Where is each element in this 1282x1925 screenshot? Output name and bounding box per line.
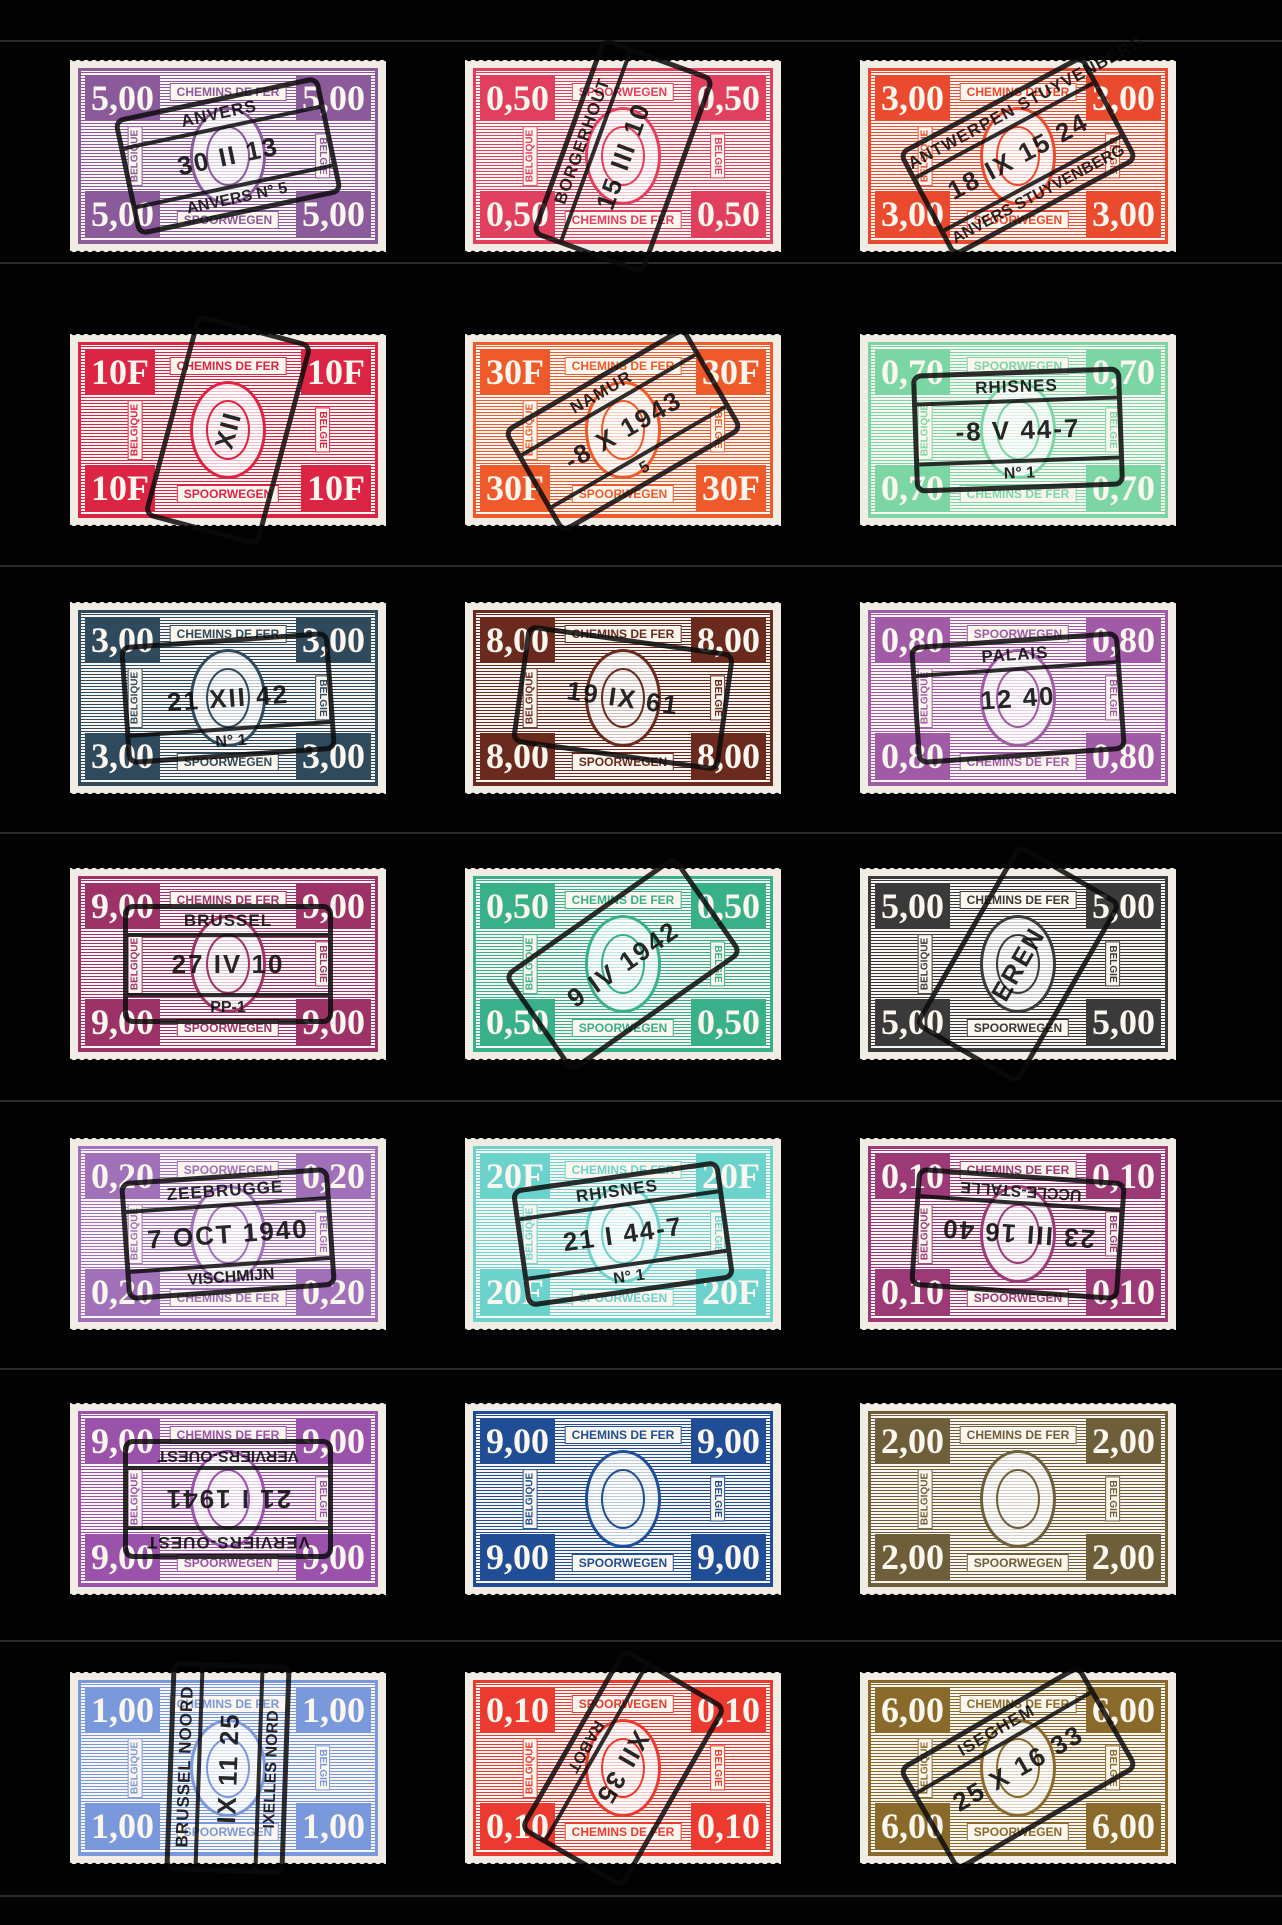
stamp-value: 1,00: [85, 1803, 160, 1849]
postmark-date: 12 40: [917, 676, 1119, 721]
stamp-value: 0,10: [480, 1687, 555, 1733]
postmark-footer: IXELLES NORD: [253, 1669, 284, 1870]
postmark-footer: N° 1: [919, 455, 1120, 486]
coat-of-arms-icon: [585, 1450, 661, 1548]
album-strip: [0, 565, 1282, 567]
stamp-left-label: BELGIQUE: [128, 400, 143, 460]
stamp: 8,00 8,00 8,00 8,00 CHEMINS DE FER SPOOR…: [465, 602, 781, 794]
stamp-value: 3,00: [1086, 191, 1161, 237]
stamp-value: 1,00: [296, 1803, 371, 1849]
stamp: 0,70 0,70 0,70 0,70 SPOORWEGEN CHEMINS D…: [860, 334, 1176, 526]
album-strip: [0, 1640, 1282, 1642]
stamp-left-label: BELGIQUE: [523, 126, 538, 186]
postmark-footer: UCCLE-STALLE: [920, 1174, 1121, 1212]
stamp-value: 0,50: [691, 191, 766, 237]
postmark-station: ZEEBRUGGE: [125, 1174, 326, 1214]
stamp-bottom-banner: SPOORWEGEN: [572, 1554, 674, 1572]
stamp-bottom-banner: SPOORWEGEN: [967, 1554, 1069, 1572]
stamp-right-label: BELGIE: [1105, 1476, 1120, 1521]
postmark-cancel: 21 XII 42 N° 1: [119, 631, 337, 765]
postmark-cancel: RHISNES -8 V 44-7 N° 1: [911, 366, 1125, 493]
stamp: 0,50 0,50 0,50 0,50 CHEMINS DE FER SPOOR…: [465, 868, 781, 1060]
stamp-value: 5,00: [1086, 999, 1161, 1045]
stamp-value: 9,00: [480, 1534, 555, 1580]
stamp: 10F 10F 10F 10F CHEMINS DE FER SPOORWEGE…: [70, 334, 386, 526]
postmark-cancel: BRUSSEL NOORD IX 11 25 IXELLES NORD: [164, 1661, 291, 1875]
stamp-design: 2,00 2,00 2,00 2,00 CHEMINS DE FER SPOOR…: [868, 1411, 1168, 1587]
stamp-value: 30F: [480, 349, 550, 395]
stamp-left-label: BELGIQUE: [523, 1469, 538, 1529]
stamp-value: 6,00: [875, 1687, 950, 1733]
stamp-value: 9,00: [480, 1418, 555, 1464]
stamp: 3,00 3,00 3,00 3,00 CHEMINS DE FER SPOOR…: [70, 602, 386, 794]
stamp: 0,50 0,50 0,50 0,50 SPOORWEGEN CHEMINS D…: [465, 60, 781, 252]
stamp-value: 1,00: [85, 1687, 160, 1733]
album-strip: [0, 1368, 1282, 1370]
postmark-cancel: PALAIS 12 40: [909, 631, 1127, 765]
stamp-right-label: BELGIE: [1105, 941, 1120, 986]
postmark-date: IX 11 25: [210, 1668, 248, 1869]
stamp-value: 0,50: [480, 883, 555, 929]
stamp-design: 9,00 9,00 9,00 9,00 CHEMINS DE FER SPOOR…: [473, 1411, 773, 1587]
postmark-footer: PP-1: [128, 993, 328, 1017]
postmark-cancel: VERVIERS-OUEST 21 I 1941 VERVIERS-OUEST: [123, 1439, 333, 1559]
album-strip: [0, 40, 1282, 42]
stamp-value: 2,00: [1086, 1418, 1161, 1464]
stamp-left-label: BELGIQUE: [918, 934, 933, 994]
postmark-date: 27 IV 10: [128, 949, 328, 980]
album-strip: [0, 1895, 1282, 1897]
postmark-cancel: ZEEBRUGGE 7 OCT 1940 VISCHMIJN: [119, 1167, 337, 1301]
stamp: 0,20 0,20 0,20 0,20 SPOORWEGEN CHEMINS D…: [70, 1138, 386, 1330]
stamp-value: 2,00: [875, 1418, 950, 1464]
postmark-station: VERVIERS-OUEST: [128, 1526, 328, 1552]
postmark-station: BRUSSEL: [128, 911, 328, 937]
stamp-value: 3,00: [875, 75, 950, 121]
postmark-footer: N° 1: [130, 720, 331, 758]
album-strip: [0, 832, 1282, 834]
stamp: 3,00 3,00 3,00 3,00 CHEMINS DE FER SPOOR…: [860, 60, 1176, 252]
stamp-value: 30F: [696, 465, 766, 511]
album-strip: [0, 1100, 1282, 1102]
stamp-value: 0,50: [480, 75, 555, 121]
postmark-station: BRUSSEL NOORD: [172, 1666, 205, 1867]
stamp-value: 0,50: [691, 999, 766, 1045]
stamp-value: 2,00: [1086, 1534, 1161, 1580]
stamp: 9,00 9,00 9,00 9,00 CHEMINS DE FER SPOOR…: [465, 1403, 781, 1595]
stamp: 20F 20F 20F 20F CHEMINS DE FER SPOORWEGE…: [465, 1138, 781, 1330]
stamp: 9,00 9,00 9,00 9,00 CHEMINS DE FER SPOOR…: [70, 1403, 386, 1595]
postmark-date: 21 I 1941: [128, 1483, 328, 1514]
stamp-value: 10F: [85, 349, 155, 395]
stamp-value: 10F: [301, 465, 371, 511]
stamp-value: 9,00: [691, 1418, 766, 1464]
stamp: 0,80 0,80 0,80 0,80 SPOORWEGEN CHEMINS D…: [860, 602, 1176, 794]
stamp: 6,00 6,00 6,00 6,00 CHEMINS DE FER SPOOR…: [860, 1672, 1176, 1864]
postmark-footer: VISCHMIJN: [130, 1256, 331, 1294]
postmark-cancel: BRUSSEL 27 IV 10 PP-1: [123, 904, 333, 1024]
postmark-date: 7 OCT 1940: [127, 1212, 329, 1257]
stamp-value: 2,00: [875, 1534, 950, 1580]
postmark-date: 21 XII 42: [127, 676, 329, 721]
stamp: 5,00 5,00 5,00 5,00 CHEMINS DE FER SPOOR…: [70, 60, 386, 252]
stamp: 5,00 5,00 5,00 5,00 CHEMINS DE FER SPOOR…: [860, 868, 1176, 1060]
stamp-value: 6,00: [1086, 1803, 1161, 1849]
stamp: 1,00 1,00 1,00 1,00 CHEMINS DE FER SPOOR…: [70, 1672, 386, 1864]
stamp-value: 10F: [85, 465, 155, 511]
postmark-station: PALAIS: [915, 638, 1116, 678]
stamp: 9,00 9,00 9,00 9,00 CHEMINS DE FER SPOOR…: [70, 868, 386, 1060]
postmark-station: RHISNES: [916, 374, 1117, 407]
stamp-right-label: BELGIE: [315, 1745, 330, 1790]
coat-of-arms-icon: [980, 1450, 1056, 1548]
stamp-top-banner: CHEMINS DE FER: [565, 1426, 682, 1444]
stamp-right-label: BELGIE: [710, 133, 725, 178]
postmark-cancel: 23 III 16 40 UCCLE-STALLE: [909, 1167, 1127, 1301]
stamp-left-label: BELGIQUE: [523, 1738, 538, 1798]
stamp-value: 1,00: [296, 1687, 371, 1733]
stamp-value: 0,10: [691, 1803, 766, 1849]
stamp: 30F 30F 30F 30F CHEMINS DE FER SPOORWEGE…: [465, 334, 781, 526]
stamp-top-banner: CHEMINS DE FER: [960, 1426, 1077, 1444]
postmark-date: 23 III 16 40: [917, 1211, 1119, 1256]
postmark-date: 19 IX 61: [522, 669, 724, 728]
stamp: 0,10 0,10 0,10 0,10 CHEMINS DE FER SPOOR…: [860, 1138, 1176, 1330]
stamp-left-label: BELGIQUE: [918, 1469, 933, 1529]
stamp-right-label: BELGIE: [710, 1745, 725, 1790]
stamp-right-label: BELGIE: [710, 1476, 725, 1521]
postmark-footer: VERVIERS-OUEST: [128, 1446, 328, 1470]
stamp-value: 10F: [301, 349, 371, 395]
stamp: 0,10 0,10 0,10 0,10 SPOORWEGEN CHEMINS D…: [465, 1672, 781, 1864]
stamp-right-label: BELGIE: [315, 407, 330, 452]
stamp-value: 9,00: [691, 1534, 766, 1580]
stamp-left-label: BELGIQUE: [128, 1738, 143, 1798]
stamp-value: 5,00: [875, 883, 950, 929]
postmark-date: -8 V 44-7: [918, 412, 1119, 450]
stamp: 2,00 2,00 2,00 2,00 CHEMINS DE FER SPOOR…: [860, 1403, 1176, 1595]
